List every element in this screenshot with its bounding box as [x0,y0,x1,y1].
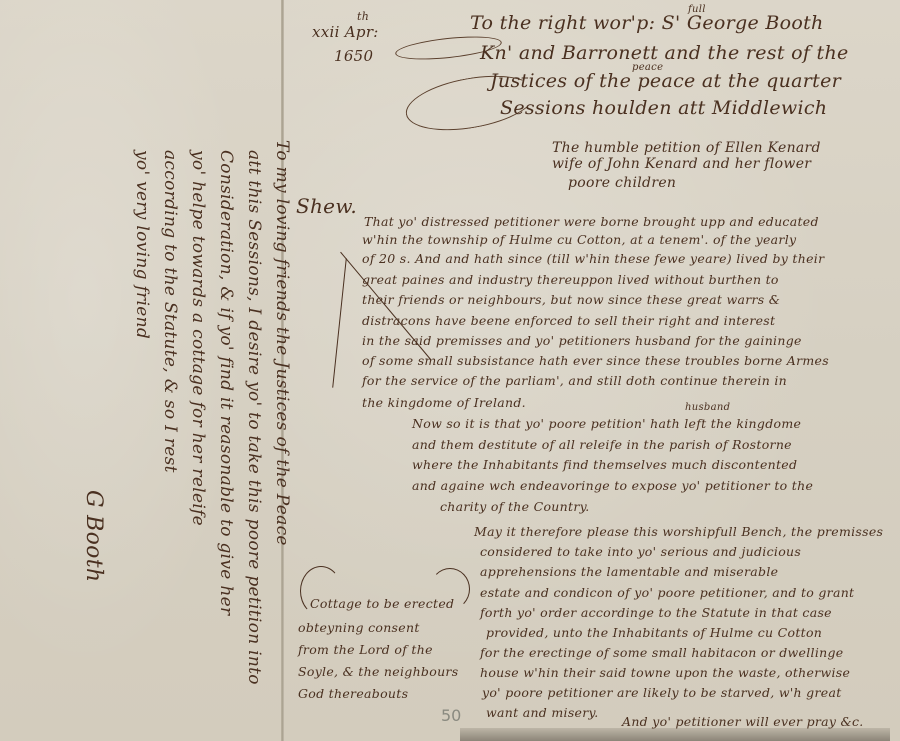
body-line: in the said premisses and yo' petitioner… [362,333,802,348]
petition-title-line: wife of John Kenard and her flower [552,156,811,172]
closing-line: And yo' petitioner will ever pray &c. [622,714,864,729]
margin-note-line: obteyning consent [298,620,420,635]
endorsement-line: according to the Statute, & so I rest [160,150,180,473]
interlinear-husband: husband [685,402,730,413]
prayer-line: May it therefore please this worshipfull… [474,524,883,539]
body-line: for the service of the parliam', and sti… [362,373,787,388]
body-line: the kingdome of Ireland. [362,395,526,410]
body-line: w'hin the township of Hulme cu Cotton, a… [362,232,796,247]
endorsement-line: To my loving friends the Justices of the… [272,140,292,546]
prayer-line: apprehensions the lamentable and miserab… [480,564,778,579]
body-line: distracons have beene enforced to sell t… [362,313,775,328]
paragraph2-line: Now so it is that yo' poore petition' ha… [412,416,801,431]
paragraph2-line: charity of the Country. [440,499,590,514]
address-line: Kn' and Barronett and the rest of the [480,42,849,64]
petition-title-line: poore children [568,175,676,191]
body-line: That yo' distressed petitioner were born… [364,214,819,229]
body-line: great paines and industry thereuppon liv… [362,272,779,287]
endorsement-line: Consideration, & if yo' find it reasonab… [216,150,236,615]
date-day: xxii Apr: [312,24,379,41]
signature: G Booth [81,490,106,582]
prayer-line: for the erectinge of some small habitaco… [480,645,843,660]
paragraph2-line: where the Inhabitants find themselves mu… [412,457,797,472]
margin-note-line: Cottage to be erected [310,596,454,611]
shew-label: Shew. [296,194,357,218]
endorsement-line: att this Sessions, I desire yo' to take … [244,150,264,685]
endorsement-line: yo' helpe towards a cottage for her rele… [188,150,208,526]
endorsement-line: yo' very loving friend [132,150,152,339]
body-line: their friends or neighbours, but now sin… [362,292,780,307]
endorsement-block: To my loving friends the Justices of the… [72,140,292,700]
folio-number: 50 [441,706,461,725]
paragraph2-line: and them destitute of all releife in the… [412,437,792,452]
body-line: of 20 s. And and hath since (till w'hin … [362,251,824,266]
date-year: 1650 [334,48,373,65]
prayer-line: considered to take into yo' serious and … [480,544,801,559]
margin-note-line: God thereabouts [298,686,408,701]
prayer-line: yo' poore petitioner are likely to be st… [482,685,842,700]
address-line: Sessions houlden att Middlewich [500,97,827,119]
prayer-line: forth yo' order accordinge to the Statut… [480,605,832,620]
body-line: of some small subsistance hath ever sinc… [362,353,829,368]
margin-note-line: Soyle, & the neighbours [298,664,458,679]
margin-note-line: from the Lord of the [298,642,433,657]
prayer-line: estate and condicon of yo' poore petitio… [480,585,854,600]
prayer-line: want and misery. [486,705,599,720]
paragraph2-line: and againe wch endeavoringe to expose yo… [412,478,813,493]
prayer-line: provided, unto the Inhabitants of Hulme … [486,625,822,640]
address-line: To the right wor'p: S' George Booth [470,12,824,34]
petition-title-line: The humble petition of Ellen Kenard [552,140,821,156]
prayer-line: house w'hin their said towne upon the wa… [480,665,850,680]
page-bottom-edge [460,728,890,741]
address-line: Justices of the peace at the quarter [490,70,841,92]
